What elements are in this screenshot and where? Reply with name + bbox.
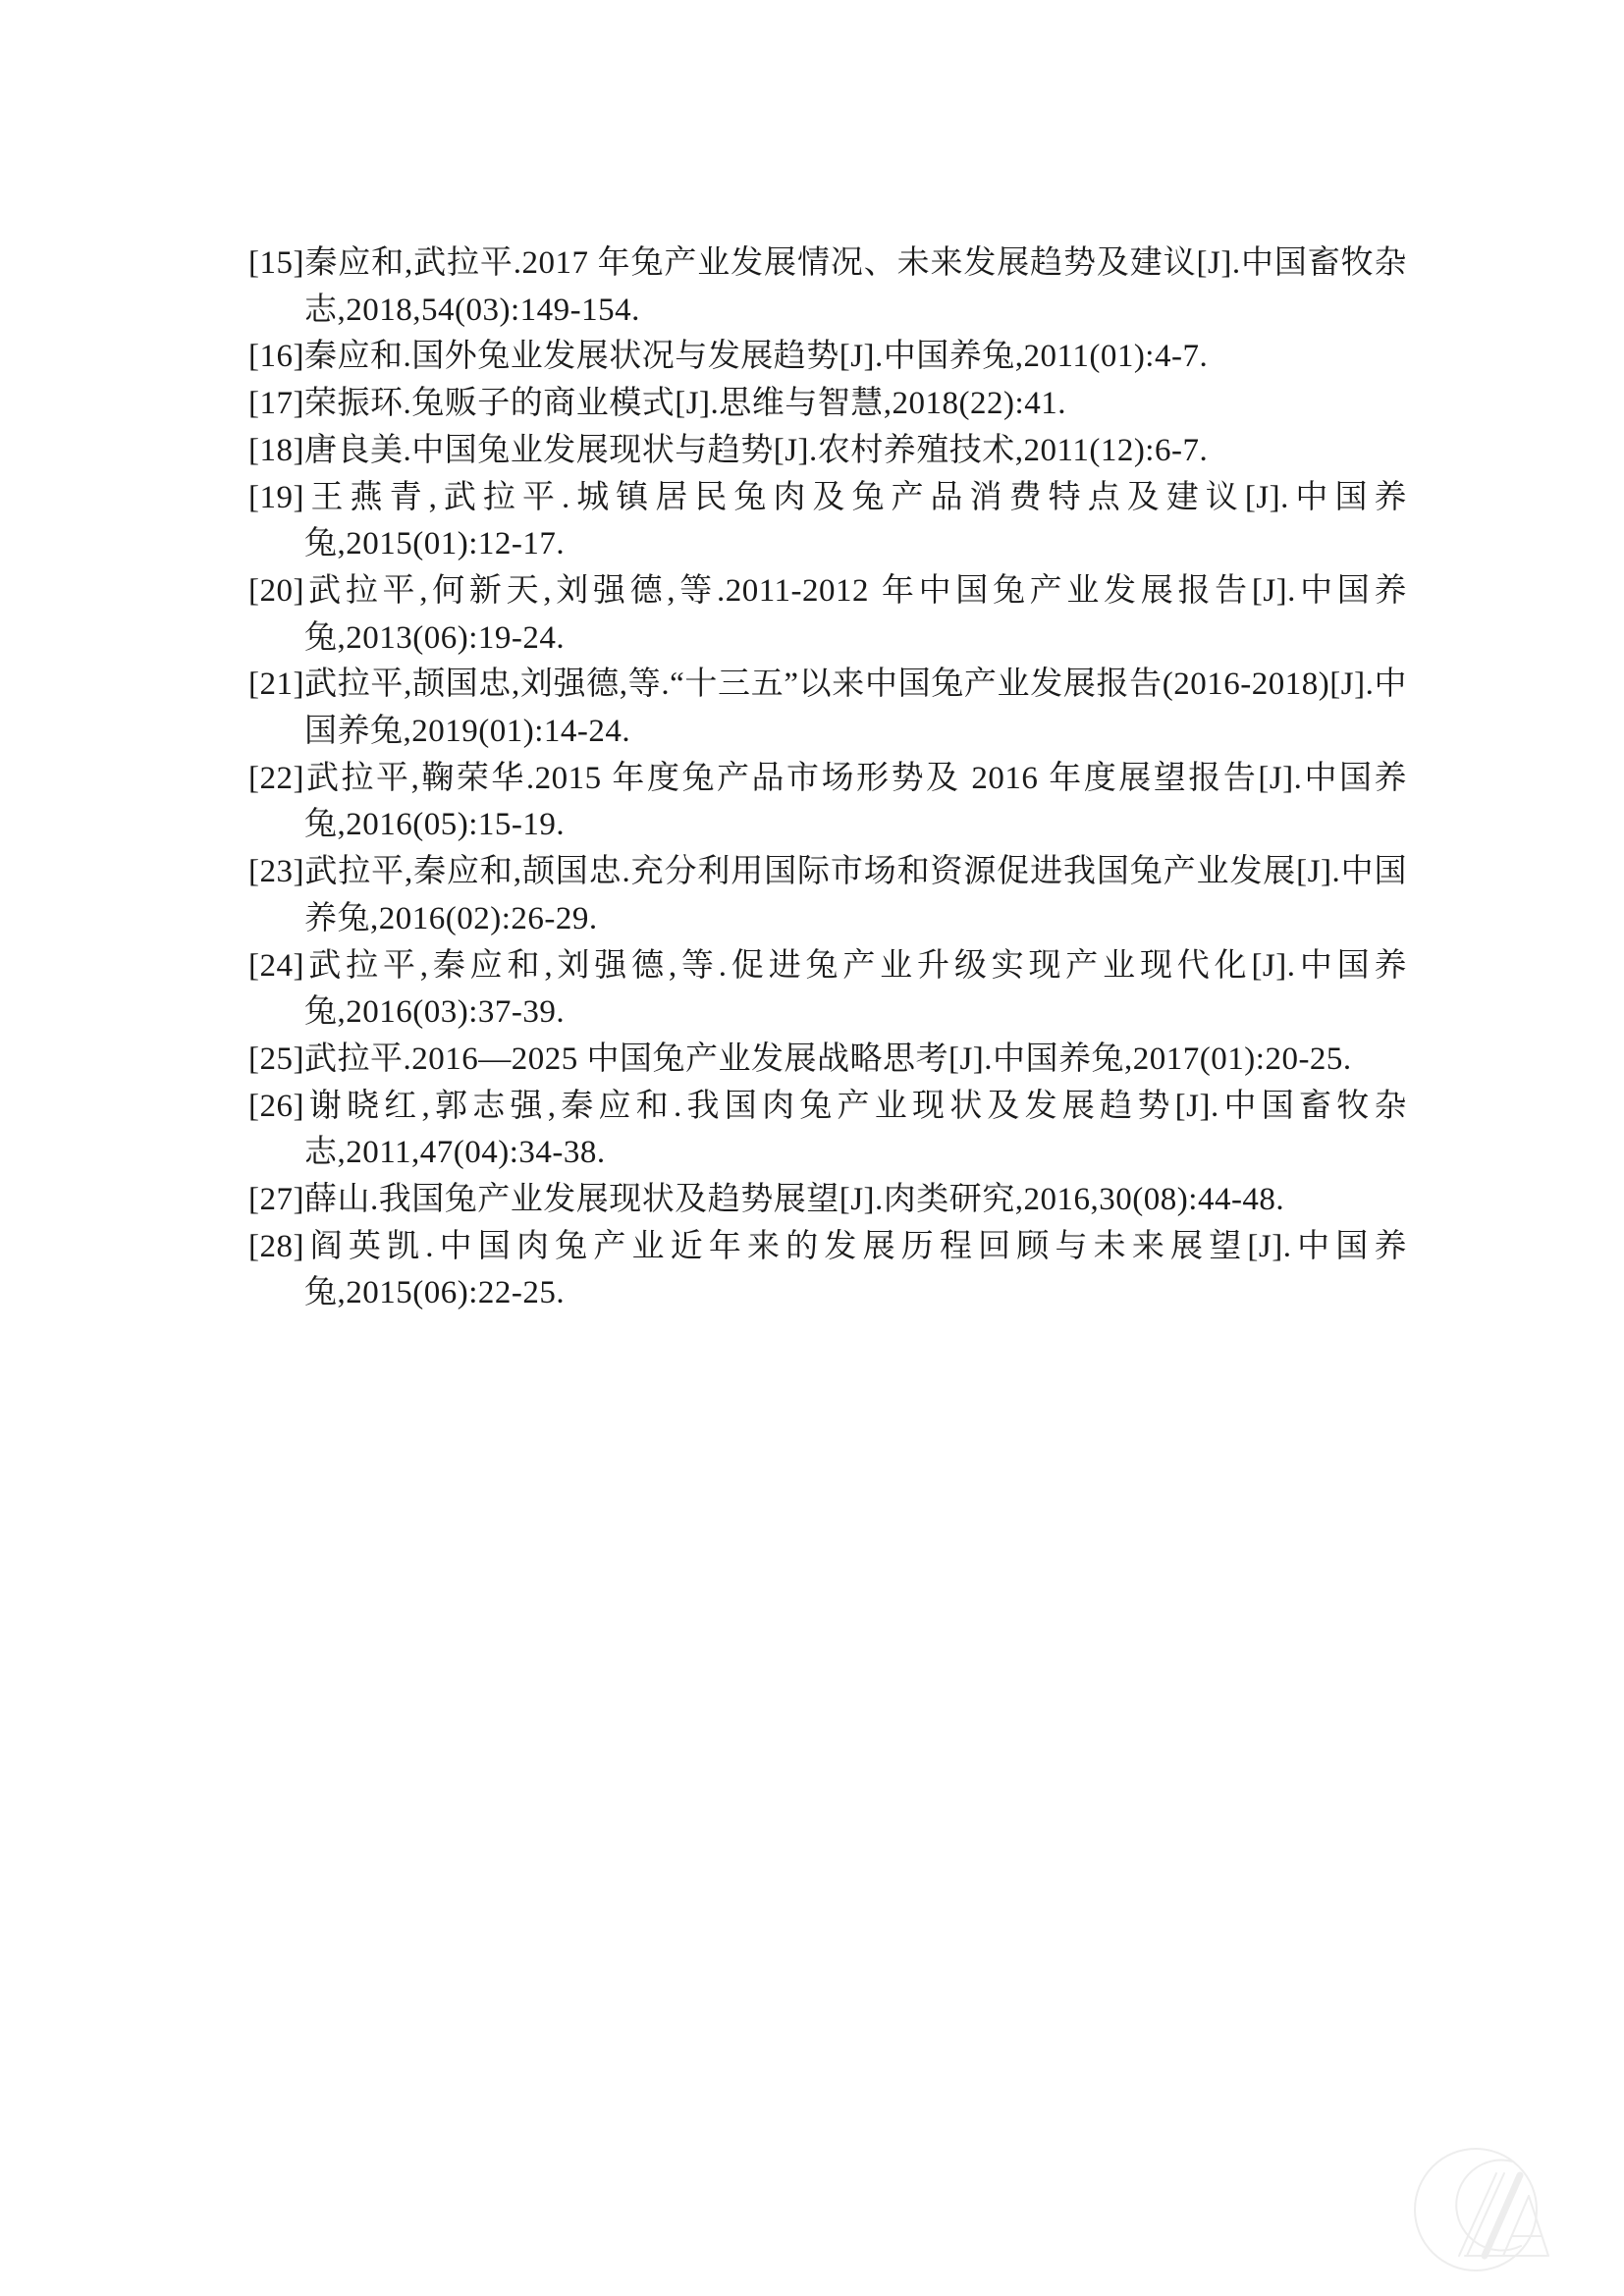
reference-item: [22]武拉平,鞠荣华.2015 年度兔产品市场形势及 2016 年度展望报告[…	[248, 756, 1407, 849]
reference-item: [25]武拉平.2016—2025 中国兔产业发展战略思考[J].中国养兔,20…	[248, 1037, 1407, 1084]
reference-item: [27]薛山.我国兔产业发展现状及趋势展望[J].肉类研究,2016,30(08…	[248, 1177, 1407, 1224]
reference-list: [15]秦应和,武拉平.2017 年兔产业发展情况、未来发展趋势及建议[J].中…	[248, 240, 1407, 1317]
reference-item: [21]武拉平,颉国忠,刘强德,等.“十三五”以来中国兔产业发展报告(2016-…	[248, 662, 1407, 755]
reference-item: [16]秦应和.国外兔业发展状况与发展趋势[J].中国养兔,2011(01):4…	[248, 334, 1407, 381]
reference-item: [18]唐良美.中国兔业发展现状与趋势[J].农村养殖技术,2011(12):6…	[248, 428, 1407, 475]
reference-item: [26]谢晓红,郭志强,秦应和.我国肉兔产业现状及发展趋势[J].中国畜牧杂志,…	[248, 1084, 1407, 1177]
reference-item: [15]秦应和,武拉平.2017 年兔产业发展情况、未来发展趋势及建议[J].中…	[248, 240, 1407, 334]
watermark-slash-icon	[1467, 2173, 1504, 2256]
reference-item: [20]武拉平,何新天,刘强德,等.2011-2012 年中国兔产业发展报告[J…	[248, 568, 1407, 662]
reference-item: [23]武拉平,秦应和,颉国忠.充分利用国际市场和资源促进我国兔产业发展[J].…	[248, 849, 1407, 942]
watermark-a-right	[1529, 2196, 1548, 2256]
reference-item: [28]阎英凯.中国肉兔产业近年来的发展历程回顾与未来展望[J].中国养兔,20…	[248, 1224, 1407, 1317]
reference-item: [17]荣振环.兔贩子的商业模式[J].思维与智慧,2018(22):41.	[248, 381, 1407, 428]
reference-item: [24]武拉平,秦应和,刘强德,等.促进兔产业升级实现产业现代化[J].中国养兔…	[248, 943, 1407, 1037]
watermark-logo	[1410, 2140, 1577, 2287]
reference-item: [19]王燕青,武拉平.城镇居民兔肉及兔产品消费特点及建议[J].中国养兔,20…	[248, 475, 1407, 568]
document-page: [15]秦应和,武拉平.2017 年兔产业发展情况、未来发展趋势及建议[J].中…	[0, 0, 1624, 2296]
